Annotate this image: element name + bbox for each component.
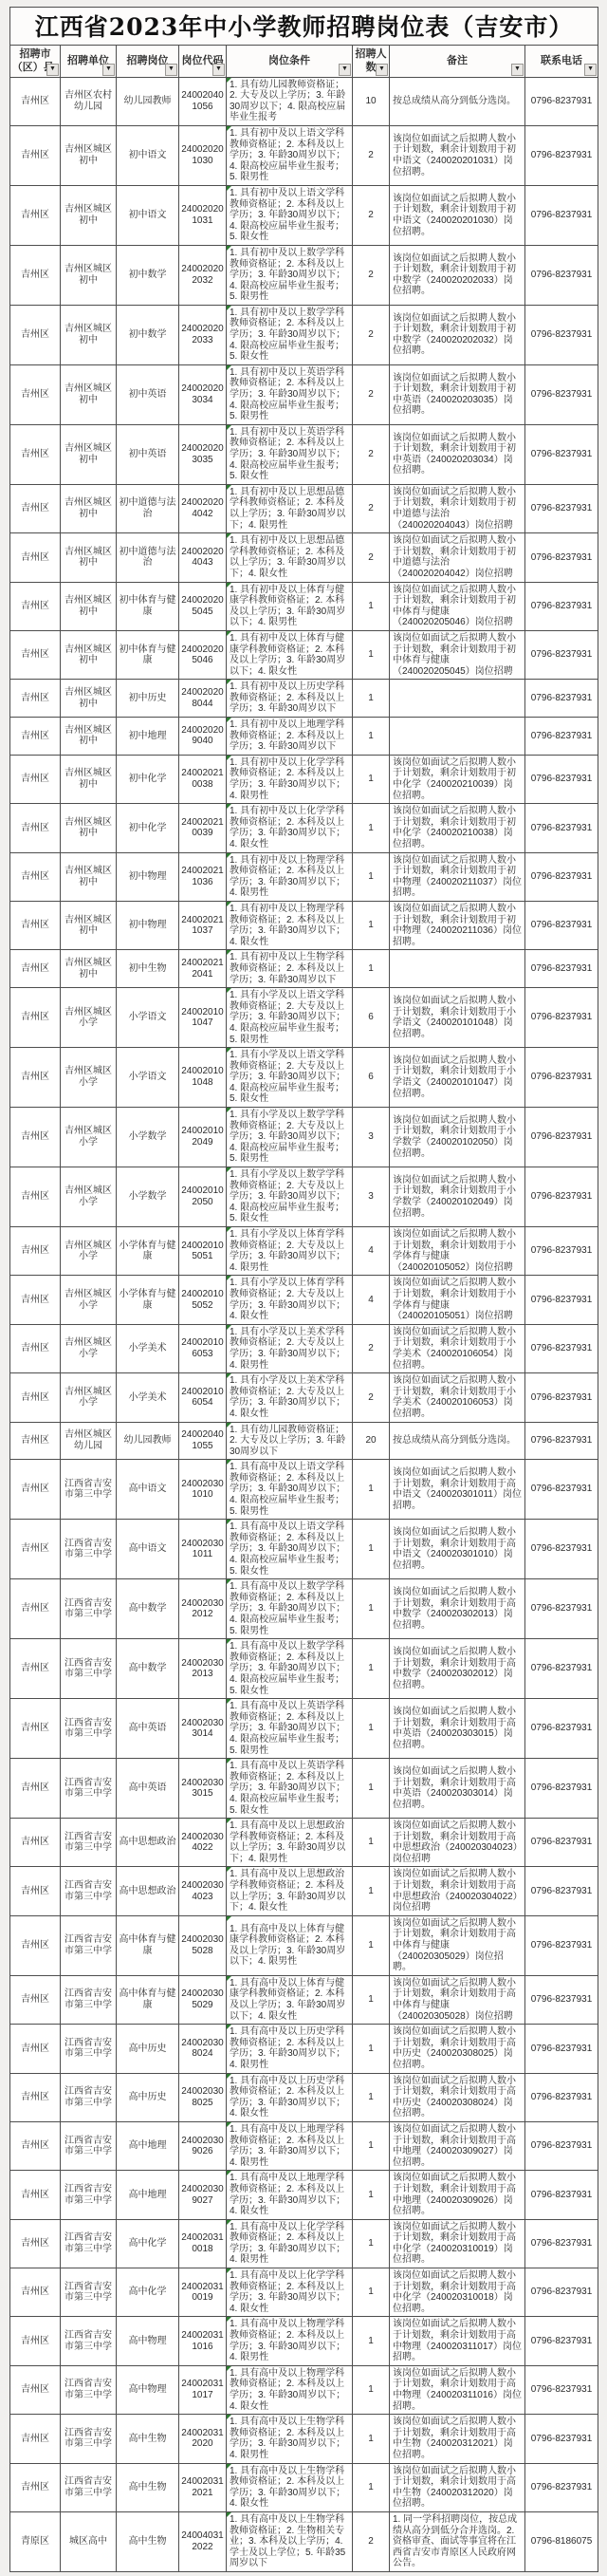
cell-conditions: 1. 具有高中及以上英语学科教师资格证；2. 本科及以上学历；3. 年龄30周岁… xyxy=(227,1759,353,1819)
cell-phone: 0796-8237931 xyxy=(525,755,598,803)
cell-remark: 该岗位如面试之后拟聘人数小于计划数，剩余计划数用于高中生物（2400203120… xyxy=(390,2463,525,2511)
cell-count: 1 xyxy=(353,1915,390,1975)
cell-post: 高中体育与健康 xyxy=(117,1975,179,2024)
table-row: 吉州区 江西省吉安市第三中学 高中体育与健康 24002030 5028 1. … xyxy=(10,1915,598,1975)
cell-code: 24002030 5029 xyxy=(179,1975,227,2024)
cell-code: 24002031 1016 xyxy=(179,2317,227,2365)
cell-count: 1 xyxy=(353,2415,390,2463)
cell-conditions: 1. 具有初中及以上历史学科教师资格证；2. 本科及以上学历；3. 年龄30周岁… xyxy=(227,680,353,718)
cell-code: 24002020 3035 xyxy=(179,424,227,484)
table-row: 吉州区 吉州区城区初中 初中生物 24002021 2041 1. 具有初中及以… xyxy=(10,950,598,988)
cell-city: 吉州区 xyxy=(10,1227,61,1276)
cell-code: 24002030 1010 xyxy=(179,1460,227,1520)
cell-code: 24002030 9027 xyxy=(179,2171,227,2219)
cell-count: 1 xyxy=(353,1520,390,1579)
cell-phone: 0796-8237931 xyxy=(525,484,598,532)
table-row: 吉州区 吉州区城区小学 小学美术 24002010 6053 1. 具有小学及以… xyxy=(10,1324,598,1372)
cell-remark xyxy=(390,718,525,756)
cell-remark: 该岗位如面试之后拟聘人数小于计划数，剩余计划数用于高中化学（2400203100… xyxy=(390,2268,525,2317)
filter-dropdown-icon[interactable]: ▼ xyxy=(584,64,597,76)
cell-phone: 0796-8237931 xyxy=(525,1276,598,1324)
cell-phone: 0796-8237931 xyxy=(525,424,598,484)
cell-post: 高中思想政治 xyxy=(117,1867,179,1915)
cell-count: 2 xyxy=(353,364,390,424)
cell-remark: 该岗位如面试之后拟聘人数小于计划数，剩余计划数用于高中生物（2400203120… xyxy=(390,2415,525,2463)
cell-post: 小学数学 xyxy=(117,1108,179,1167)
cell-phone: 0796-8237931 xyxy=(525,2121,598,2170)
cell-phone: 0796-8237931 xyxy=(525,852,598,901)
cell-count: 1 xyxy=(353,2121,390,2170)
cell-code: 24002030 2013 xyxy=(179,1639,227,1699)
cell-conditions: 1. 具有初中及以上化学学科教师资格证；2. 本科及以上学历；3. 年龄30周岁… xyxy=(227,804,353,852)
cell-phone: 0796-8237931 xyxy=(525,185,598,245)
cell-city: 吉州区 xyxy=(10,718,61,756)
cell-code: 24002031 1017 xyxy=(179,2365,227,2414)
title-row: 江西省2023年中小学教师招聘岗位表（吉安市） xyxy=(10,8,598,46)
filter-dropdown-icon[interactable]: ▼ xyxy=(339,64,351,76)
cell-remark: 该岗位如面试之后拟聘人数小于计划数，剩余计划数用于初中数学（2400202020… xyxy=(390,305,525,364)
cell-remark: 该岗位如面试之后拟聘人数小于计划数，剩余计划数用于小学数学（2400201020… xyxy=(390,1167,525,1227)
cell-code: 24002030 4023 xyxy=(179,1867,227,1915)
cell-conditions: 1. 具有小学及以上数学学科教师资格证；2. 大专及以上学历；3. 年龄30周岁… xyxy=(227,1108,353,1167)
cell-remark: 该岗位如面试之后拟聘人数小于计划数，剩余计划数用于高中物理（2400203110… xyxy=(390,2317,525,2365)
cell-city: 吉州区 xyxy=(10,2121,61,2170)
cell-phone: 0796-8237931 xyxy=(525,1227,598,1276)
cell-remark: 该岗位如面试之后拟聘人数小于计划数，剩余计划数用于小学体育与健康（2400201… xyxy=(390,1227,525,1276)
cell-conditions: 1. 具有高中及以上体育与健康学科教师资格证；2. 本科及以上学历；3. 年龄3… xyxy=(227,1975,353,2024)
cell-unit: 吉州区城区初中 xyxy=(61,125,117,185)
cell-post: 初中英语 xyxy=(117,424,179,484)
cell-city: 吉州区 xyxy=(10,755,61,803)
cell-remark: 该岗位如面试之后拟聘人数小于计划数，剩余计划数用于小学美术（2400201060… xyxy=(390,1324,525,1372)
cell-count: 2 xyxy=(353,484,390,532)
cell-code: 24002021 1036 xyxy=(179,852,227,901)
table-row: 吉州区 吉州区城区初中 初中历史 24002020 8044 1. 具有初中及以… xyxy=(10,680,598,718)
cell-post: 高中生物 xyxy=(117,2415,179,2463)
cell-count: 2 xyxy=(353,305,390,364)
cell-unit: 吉州区城区小学 xyxy=(61,1108,117,1167)
table-row: 吉州区 吉州区城区小学 小学美术 24002010 6054 1. 具有小学及以… xyxy=(10,1373,598,1422)
cell-city: 吉州区 xyxy=(10,1915,61,1975)
cell-phone: 0796-8237931 xyxy=(525,950,598,988)
cell-post: 初中地理 xyxy=(117,718,179,756)
cell-post: 初中语文 xyxy=(117,125,179,185)
cell-count: 1 xyxy=(353,2219,390,2268)
filter-dropdown-icon[interactable]: ▼ xyxy=(102,64,115,76)
table-row: 吉州区 江西省吉安市第三中学 高中生物 24002031 2020 1. 具有高… xyxy=(10,2415,598,2463)
cell-remark: 该岗位如面试之后拟聘人数小于计划数，剩余计划数用于高中化学（2400203100… xyxy=(390,2219,525,2268)
cell-remark: 该岗位如面试之后拟聘人数小于计划数，剩余计划数用于初中体育与健康（2400202… xyxy=(390,630,525,679)
cell-remark: 按总成绩从高分到低分选岗。 xyxy=(390,1422,525,1460)
cell-code: 24002030 9026 xyxy=(179,2121,227,2170)
cell-unit: 吉州区城区小学 xyxy=(61,988,117,1048)
cell-remark: 该岗位如面试之后拟聘人数小于计划数，剩余计划数用于高中历史（2400203080… xyxy=(390,2025,525,2073)
cell-remark xyxy=(390,950,525,988)
cell-code: 24002010 2050 xyxy=(179,1167,227,1227)
table-row: 吉州区 江西省吉安市第三中学 高中化学 24002031 0019 1. 具有高… xyxy=(10,2268,598,2317)
cell-count: 1 xyxy=(353,1975,390,2024)
cell-unit: 吉州区城区初中 xyxy=(61,533,117,582)
page: 江西省2023年中小学教师招聘岗位表（吉安市） 招聘市（区）县↓▼ 招聘单位▼ … xyxy=(0,0,607,2576)
filter-dropdown-icon[interactable]: ▼ xyxy=(212,64,225,76)
filter-dropdown-icon[interactable]: ▼ xyxy=(511,64,524,76)
cell-post: 高中语文 xyxy=(117,1520,179,1579)
cell-post: 小学美术 xyxy=(117,1324,179,1372)
cell-phone: 0796-8237931 xyxy=(525,2025,598,2073)
cell-count: 1 xyxy=(353,950,390,988)
filter-dropdown-icon[interactable]: ▼ xyxy=(46,64,59,76)
cell-unit: 吉州区城区初中 xyxy=(61,718,117,756)
cell-phone: 0796-8237931 xyxy=(525,680,598,718)
table-row: 吉州区 吉州区农村幼儿园 幼儿园教师 24002040 1056 1. 具有幼儿… xyxy=(10,77,598,125)
table-row: 吉州区 吉州区城区幼儿园 幼儿园教师 24002040 1055 1. 具有幼儿… xyxy=(10,1422,598,1460)
cell-post: 初中物理 xyxy=(117,901,179,949)
cell-remark: 该岗位如面试之后拟聘人数小于计划数，剩余计划数用于高中语文（2400203010… xyxy=(390,1460,525,1520)
table-row: 吉州区 江西省吉安市第三中学 高中英语 24002030 3014 1. 具有高… xyxy=(10,1699,598,1759)
cell-remark: 该岗位如面试之后拟聘人数小于计划数，剩余计划数用于初中化学（2400202100… xyxy=(390,804,525,852)
cell-conditions: 1. 具有初中及以上体育与健康学科教师资格证；2. 本科及以上学历；3. 年龄3… xyxy=(227,582,353,630)
cell-conditions: 1. 具有小学及以上语文学科教师资格证；2. 大专及以上学历；3. 年龄30周岁… xyxy=(227,988,353,1048)
cell-unit: 江西省吉安市第三中学 xyxy=(61,1639,117,1699)
col-header-conditions: 岗位条件▼ xyxy=(227,46,353,78)
cell-count: 1 xyxy=(353,2025,390,2073)
cell-city: 吉州区 xyxy=(10,1276,61,1324)
cell-post: 初中物理 xyxy=(117,852,179,901)
cell-phone: 0796-8237931 xyxy=(525,1867,598,1915)
cell-city: 吉州区 xyxy=(10,950,61,988)
cell-remark: 该岗位如面试之后拟聘人数小于计划数，剩余计划数用于小学体育与健康（2400201… xyxy=(390,1276,525,1324)
cell-conditions: 1. 具有高中及以上体育与健康学科教师资格证；2. 本科及以上学历；3. 年龄3… xyxy=(227,1915,353,1975)
cell-remark: 该岗位如面试之后拟聘人数小于计划数，剩余计划数用于初中道德与法治（2400202… xyxy=(390,484,525,532)
cell-post: 高中物理 xyxy=(117,2317,179,2365)
cell-city: 吉州区 xyxy=(10,1639,61,1699)
cell-unit: 江西省吉安市第三中学 xyxy=(61,1759,117,1819)
cell-city: 吉州区 xyxy=(10,1324,61,1372)
cell-count: 3 xyxy=(353,1167,390,1227)
cell-post: 高中历史 xyxy=(117,2025,179,2073)
cell-unit: 江西省吉安市第三中学 xyxy=(61,1699,117,1759)
cell-count: 1 xyxy=(353,755,390,803)
col-header-post: 招聘岗位▼ xyxy=(117,46,179,78)
cell-city: 吉州区 xyxy=(10,582,61,630)
cell-conditions: 1. 具有高中及以上地理学科教师资格证；2. 本科及以上学历；3. 年龄30周岁… xyxy=(227,2171,353,2219)
cell-count: 1 xyxy=(353,1867,390,1915)
cell-post: 高中地理 xyxy=(117,2121,179,2170)
cell-phone: 0796-8237931 xyxy=(525,2365,598,2414)
cell-post: 幼儿园教师 xyxy=(117,1422,179,1460)
cell-conditions: 1. 具有高中及以上数学学科教师资格证；2. 本科及以上学历；3. 年龄30周岁… xyxy=(227,1579,353,1639)
cell-remark: 该岗位如面试之后拟聘人数小于计划数，剩余计划数用于初中英语（2400202030… xyxy=(390,364,525,424)
cell-conditions: 1. 具有初中及以上体育与健康学科教师资格证；2. 本科及以上学历；3. 年龄3… xyxy=(227,630,353,679)
cell-unit: 吉州区城区初中 xyxy=(61,901,117,949)
cell-city: 吉州区 xyxy=(10,424,61,484)
cell-city: 吉州区 xyxy=(10,2463,61,2511)
table-row: 吉州区 江西省吉安市第三中学 高中数学 24002030 2012 1. 具有高… xyxy=(10,1579,598,1639)
cell-remark: 按总成绩从高分到低分选岗。 xyxy=(390,77,525,125)
cell-code: 24002031 0019 xyxy=(179,2268,227,2317)
cell-code: 24002010 5052 xyxy=(179,1276,227,1324)
cell-conditions: 1. 具有小学及以上语文学科教师资格证；2. 大专及以上学历；3. 年龄30周岁… xyxy=(227,1048,353,1108)
cell-city: 吉州区 xyxy=(10,804,61,852)
cell-city: 吉州区 xyxy=(10,185,61,245)
table-row: 吉州区 江西省吉安市第三中学 高中生物 24002031 2021 1. 具有高… xyxy=(10,2463,598,2511)
cell-post: 初中体育与健康 xyxy=(117,582,179,630)
cell-remark: 该岗位如面试之后拟聘人数小于计划数，剩余计划数用于小学语文（2400201010… xyxy=(390,988,525,1048)
cell-phone: 0796-8237931 xyxy=(525,1108,598,1167)
cell-code: 24002031 2020 xyxy=(179,2415,227,2463)
cell-count: 1 xyxy=(353,582,390,630)
page-title: 江西省2023年中小学教师招聘岗位表（吉安市） xyxy=(10,8,598,46)
table-row: 吉州区 江西省吉安市第三中学 高中历史 24002030 8025 1. 具有高… xyxy=(10,2073,598,2121)
cell-remark: 该岗位如面试之后拟聘人数小于计划数，剩余计划数用于高中数学（2400203020… xyxy=(390,1639,525,1699)
cell-city: 吉州区 xyxy=(10,2365,61,2414)
cell-conditions: 1. 具有高中及以上生物学科教师资格证；2. 本科及以上学历；3. 年龄30周岁… xyxy=(227,2415,353,2463)
cell-count: 1 xyxy=(353,852,390,901)
cell-conditions: 1. 具有高中及以上数学学科教师资格证；2. 本科及以上学历；3. 年龄30周岁… xyxy=(227,1639,353,1699)
cell-code: 24002021 0038 xyxy=(179,755,227,803)
cell-phone: 0796-8237931 xyxy=(525,1422,598,1460)
cell-city: 吉州区 xyxy=(10,2317,61,2365)
cell-phone: 0796-8237931 xyxy=(525,364,598,424)
cell-remark: 该岗位如面试之后拟聘人数小于计划数，剩余计划数用于高中语文（2400203010… xyxy=(390,1520,525,1579)
cell-count: 2 xyxy=(353,185,390,245)
cell-post: 高中地理 xyxy=(117,2171,179,2219)
cell-count: 1 xyxy=(353,680,390,718)
cell-code: 24002040 1056 xyxy=(179,77,227,125)
cell-phone: 0796-8237931 xyxy=(525,1975,598,2024)
cell-code: 24002030 3014 xyxy=(179,1699,227,1759)
cell-unit: 城区高中 xyxy=(61,2511,117,2571)
table-row: 吉州区 江西省吉安市第三中学 高中体育与健康 24002030 5029 1. … xyxy=(10,1975,598,2024)
cell-unit: 江西省吉安市第三中学 xyxy=(61,2025,117,2073)
cell-post: 高中数学 xyxy=(117,1579,179,1639)
cell-city: 吉州区 xyxy=(10,630,61,679)
cell-conditions: 1. 具有高中及以上语文学科教师资格证；2. 本科及以上学历；3. 年龄30周岁… xyxy=(227,1460,353,1520)
cell-remark xyxy=(390,680,525,718)
cell-city: 吉州区 xyxy=(10,1759,61,1819)
cell-unit: 吉州区城区初中 xyxy=(61,755,117,803)
cell-unit: 吉州区城区初中 xyxy=(61,630,117,679)
cell-city: 吉州区 xyxy=(10,2415,61,2463)
col-header-unit: 招聘单位▼ xyxy=(61,46,117,78)
cell-code: 24002021 0039 xyxy=(179,804,227,852)
cell-phone: 0796-8237931 xyxy=(525,1048,598,1108)
table-row: 吉州区 江西省吉安市第三中学 高中化学 24002031 0018 1. 具有高… xyxy=(10,2219,598,2268)
cell-code: 24002030 8024 xyxy=(179,2025,227,2073)
cell-post: 幼儿园教师 xyxy=(117,77,179,125)
cell-city: 吉州区 xyxy=(10,1460,61,1520)
cell-count: 1 xyxy=(353,901,390,949)
cell-phone: 0796-8237931 xyxy=(525,1324,598,1372)
cell-code: 24002031 0018 xyxy=(179,2219,227,2268)
cell-phone: 0796-8237931 xyxy=(525,630,598,679)
table-row: 吉州区 吉州区城区初中 初中道德与法治 24002020 4043 1. 具有初… xyxy=(10,533,598,582)
cell-conditions: 1. 具有初中及以上数学学科教师资格证；2. 本科及以上学历；3. 年龄30周岁… xyxy=(227,245,353,305)
table-row: 吉州区 吉州区城区初中 初中数学 24002020 2032 1. 具有初中及以… xyxy=(10,245,598,305)
cell-conditions: 1. 具有幼儿园教师资格证；2. 大专及以上学历；3. 年龄30周岁以下 xyxy=(227,1422,353,1460)
col-header-conditions-label: 岗位条件 xyxy=(268,55,310,66)
cell-post: 小学体育与健康 xyxy=(117,1276,179,1324)
cell-unit: 吉州区城区初中 xyxy=(61,804,117,852)
cell-phone: 0796-8237931 xyxy=(525,718,598,756)
cell-conditions: 1. 具有高中及以上生物学科教师资格证；2. 本科及以上学历；3. 年龄30周岁… xyxy=(227,2463,353,2511)
cell-city: 吉州区 xyxy=(10,2025,61,2073)
cell-code: 24002020 3034 xyxy=(179,364,227,424)
cell-code: 24002020 4042 xyxy=(179,484,227,532)
table-row: 吉州区 吉州区城区初中 初中数学 24002020 2033 1. 具有初中及以… xyxy=(10,305,598,364)
cell-remark: 该岗位如面试之后拟聘人数小于计划数，剩余计划数用于小学数学（2400201020… xyxy=(390,1108,525,1167)
cell-remark: 该岗位如面试之后拟聘人数小于计划数，剩余计划数用于初中化学（2400202100… xyxy=(390,755,525,803)
cell-post: 高中化学 xyxy=(117,2268,179,2317)
cell-count: 1 xyxy=(353,2317,390,2365)
cell-phone: 0796-8237931 xyxy=(525,2171,598,2219)
cell-count: 1 xyxy=(353,804,390,852)
cell-count: 2 xyxy=(353,533,390,582)
cell-code: 24002010 5051 xyxy=(179,1227,227,1276)
cell-phone: 0796-8237931 xyxy=(525,988,598,1048)
cell-unit: 江西省吉安市第三中学 xyxy=(61,2463,117,2511)
table-row: 吉州区 吉州区城区初中 初中物理 24002021 1037 1. 具有初中及以… xyxy=(10,901,598,949)
cell-phone: 0796-8237931 xyxy=(525,533,598,582)
cell-city: 吉州区 xyxy=(10,1520,61,1579)
cell-post: 小学体育与健康 xyxy=(117,1227,179,1276)
cell-remark: 该岗位如面试之后拟聘人数小于计划数，剩余计划数用于初中物理（2400202110… xyxy=(390,901,525,949)
cell-unit: 吉州区城区小学 xyxy=(61,1167,117,1227)
cell-code: 24004031 2022 xyxy=(179,2511,227,2571)
cell-post: 初中英语 xyxy=(117,364,179,424)
table-row: 青原区 城区高中 高中生物 24004031 2022 1. 具有高中及以上生物… xyxy=(10,2511,598,2571)
filter-dropdown-icon[interactable]: ▼ xyxy=(376,64,388,76)
cell-post: 初中语文 xyxy=(117,185,179,245)
cell-conditions: 1. 具有高中及以上化学学科教师资格证；2. 本科及以上学历；3. 年龄30周岁… xyxy=(227,2268,353,2317)
cell-remark: 该岗位如面试之后拟聘人数小于计划数，剩余计划数用于小学美术（2400201060… xyxy=(390,1373,525,1422)
cell-unit: 吉州区城区初中 xyxy=(61,484,117,532)
cell-city: 吉州区 xyxy=(10,364,61,424)
cell-post: 高中生物 xyxy=(117,2511,179,2571)
cell-unit: 吉州区城区初中 xyxy=(61,245,117,305)
cell-conditions: 1. 具有高中及以上化学学科教师资格证；2. 本科及以上学历；3. 年龄30周岁… xyxy=(227,2219,353,2268)
cell-code: 24002020 4043 xyxy=(179,533,227,582)
cell-remark: 该岗位如面试之后拟聘人数小于计划数，剩余计划数用于高中英语（2400203030… xyxy=(390,1699,525,1759)
cell-conditions: 1. 具有初中及以上生物学科教师资格证；2. 本科及以上学历；3. 年龄30周岁… xyxy=(227,950,353,988)
col-header-city: 招聘市（区）县↓▼ xyxy=(10,46,61,78)
cell-phone: 0796-8186075 xyxy=(525,2511,598,2571)
cell-unit: 吉州区城区初中 xyxy=(61,680,117,718)
table-row: 吉州区 江西省吉安市第三中学 高中数学 24002030 2013 1. 具有高… xyxy=(10,1639,598,1699)
table-row: 吉州区 江西省吉安市第三中学 高中地理 24002030 9026 1. 具有高… xyxy=(10,2121,598,2170)
filter-dropdown-icon[interactable]: ▼ xyxy=(165,64,177,76)
cell-city: 吉州区 xyxy=(10,1373,61,1422)
cell-unit: 江西省吉安市第三中学 xyxy=(61,1579,117,1639)
cell-conditions: 1. 具有初中及以上物理学科教师资格证；2. 本科及以上学历；3. 年龄30周岁… xyxy=(227,852,353,901)
cell-city: 吉州区 xyxy=(10,1108,61,1167)
cell-city: 吉州区 xyxy=(10,1167,61,1227)
cell-unit: 江西省吉安市第三中学 xyxy=(61,1819,117,1867)
cell-conditions: 1. 具有小学及以上美术学科教师资格证；2. 大专及以上学历；3. 年龄30周岁… xyxy=(227,1324,353,1372)
cell-count: 2 xyxy=(353,1324,390,1372)
table-row: 吉州区 江西省吉安市第三中学 高中物理 24002031 1016 1. 具有高… xyxy=(10,2317,598,2365)
cell-conditions: 1. 具有初中及以上化学学科教师资格证；2. 本科及以上学历；3. 年龄30周岁… xyxy=(227,755,353,803)
cell-count: 6 xyxy=(353,1048,390,1108)
cell-conditions: 1. 具有高中及以上英语学科教师资格证；2. 本科及以上学历；3. 年龄30周岁… xyxy=(227,1699,353,1759)
table-row: 吉州区 吉州区城区小学 小学数学 24002010 2050 1. 具有小学及以… xyxy=(10,1167,598,1227)
cell-remark: 该岗位如面试之后拟聘人数小于计划数，剩余计划数用于高中历史（2400203080… xyxy=(390,2073,525,2121)
recruitment-table: 江西省2023年中小学教师招聘岗位表（吉安市） 招聘市（区）县↓▼ 招聘单位▼ … xyxy=(9,7,598,2572)
cell-post: 初中道德与法治 xyxy=(117,484,179,532)
cell-post: 高中物理 xyxy=(117,2365,179,2414)
cell-unit: 江西省吉安市第三中学 xyxy=(61,2073,117,2121)
cell-conditions: 1. 具有高中及以上物理学科教师资格证；2. 本科及以上学历；3. 年龄30周岁… xyxy=(227,2317,353,2365)
cell-conditions: 1. 具有小学及以上美术学科教师资格证；2. 大专及以上学历；3. 年龄30周岁… xyxy=(227,1373,353,1422)
cell-count: 2 xyxy=(353,125,390,185)
cell-conditions: 1. 具有初中及以上思想品德学科教师资格证；2. 本科及以上学历；3. 年龄30… xyxy=(227,533,353,582)
cell-remark: 该岗位如面试之后拟聘人数小于计划数，剩余计划数用于初中数学（2400202020… xyxy=(390,245,525,305)
table-body: 吉州区 吉州区农村幼儿园 幼儿园教师 24002040 1056 1. 具有幼儿… xyxy=(10,77,598,2571)
cell-count: 1 xyxy=(353,2463,390,2511)
cell-city: 吉州区 xyxy=(10,245,61,305)
cell-unit: 江西省吉安市第三中学 xyxy=(61,1520,117,1579)
table-row: 吉州区 吉州区城区初中 初中体育与健康 24002020 5046 1. 具有初… xyxy=(10,630,598,679)
cell-conditions: 1. 具有高中及以上物理学科教师资格证；2. 本科及以上学历；3. 年龄30周岁… xyxy=(227,2365,353,2414)
cell-code: 24002020 2032 xyxy=(179,245,227,305)
cell-phone: 0796-8237931 xyxy=(525,1819,598,1867)
cell-count: 2 xyxy=(353,1373,390,1422)
cell-unit: 吉州区城区小学 xyxy=(61,1276,117,1324)
cell-phone: 0796-8237931 xyxy=(525,1520,598,1579)
cell-remark: 该岗位如面试之后拟聘人数小于计划数，剩余计划数用于初中道德与法治（2400202… xyxy=(390,533,525,582)
cell-phone: 0796-8237931 xyxy=(525,582,598,630)
cell-count: 1 xyxy=(353,2073,390,2121)
cell-post: 初中化学 xyxy=(117,804,179,852)
cell-conditions: 1. 具有幼儿园教师资格证；2. 大专及以上学历；3. 年龄30周岁以下；4. … xyxy=(227,77,353,125)
cell-count: 1 xyxy=(353,1579,390,1639)
table-row: 吉州区 吉州区城区小学 小学数学 24002010 2049 1. 具有小学及以… xyxy=(10,1108,598,1167)
cell-phone: 0796-8237931 xyxy=(525,804,598,852)
cell-post: 初中体育与健康 xyxy=(117,630,179,679)
cell-city: 吉州区 xyxy=(10,484,61,532)
cell-city: 吉州区 xyxy=(10,2268,61,2317)
cell-unit: 江西省吉安市第三中学 xyxy=(61,2121,117,2170)
cell-phone: 0796-8237931 xyxy=(525,2463,598,2511)
cell-code: 24002020 8044 xyxy=(179,680,227,718)
table-row: 吉州区 江西省吉安市第三中学 高中思想政治 24002030 4023 1. 具… xyxy=(10,1867,598,1915)
table-row: 吉州区 吉州区城区初中 初中化学 24002021 0038 1. 具有初中及以… xyxy=(10,755,598,803)
cell-remark: 该岗位如面试之后拟聘人数小于计划数，剩余计划数用于高中物理（2400203110… xyxy=(390,2365,525,2414)
cell-code: 24002021 2041 xyxy=(179,950,227,988)
cell-city: 吉州区 xyxy=(10,1699,61,1759)
cell-count: 20 xyxy=(353,1422,390,1460)
header-row: 招聘市（区）县↓▼ 招聘单位▼ 招聘岗位▼ 岗位代码▼ 岗位条件▼ 招聘人数▼ … xyxy=(10,46,598,78)
cell-conditions: 1. 具有小学及以上体育学科教师资格证；2. 大专及以上学历；3. 年龄30周岁… xyxy=(227,1276,353,1324)
cell-post: 小学数学 xyxy=(117,1167,179,1227)
cell-remark: 该岗位如面试之后拟聘人数小于计划数，剩余计划数用于高中数学（2400203020… xyxy=(390,1579,525,1639)
cell-count: 1 xyxy=(353,630,390,679)
cell-count: 1 xyxy=(353,718,390,756)
col-header-count: 招聘人数▼ xyxy=(353,46,390,78)
cell-unit: 江西省吉安市第三中学 xyxy=(61,2171,117,2219)
cell-phone: 0796-8237931 xyxy=(525,1373,598,1422)
table-row: 吉州区 吉州区城区初中 初中道德与法治 24002020 4042 1. 具有初… xyxy=(10,484,598,532)
cell-phone: 0796-8237931 xyxy=(525,1460,598,1520)
cell-unit: 吉州区城区初中 xyxy=(61,582,117,630)
cell-phone: 0796-8237931 xyxy=(525,901,598,949)
cell-conditions: 1. 具有高中及以上思想政治学科教师资格证；2. 本科及以上学历；3. 年龄30… xyxy=(227,1819,353,1867)
cell-unit: 江西省吉安市第三中学 xyxy=(61,2268,117,2317)
cell-post: 高中体育与健康 xyxy=(117,1915,179,1975)
cell-remark: 该岗位如面试之后拟聘人数小于计划数，剩余计划数用于初中语文（2400202010… xyxy=(390,185,525,245)
cell-phone: 0796-8237931 xyxy=(525,1579,598,1639)
table-row: 吉州区 江西省吉安市第三中学 高中历史 24002030 8024 1. 具有高… xyxy=(10,2025,598,2073)
